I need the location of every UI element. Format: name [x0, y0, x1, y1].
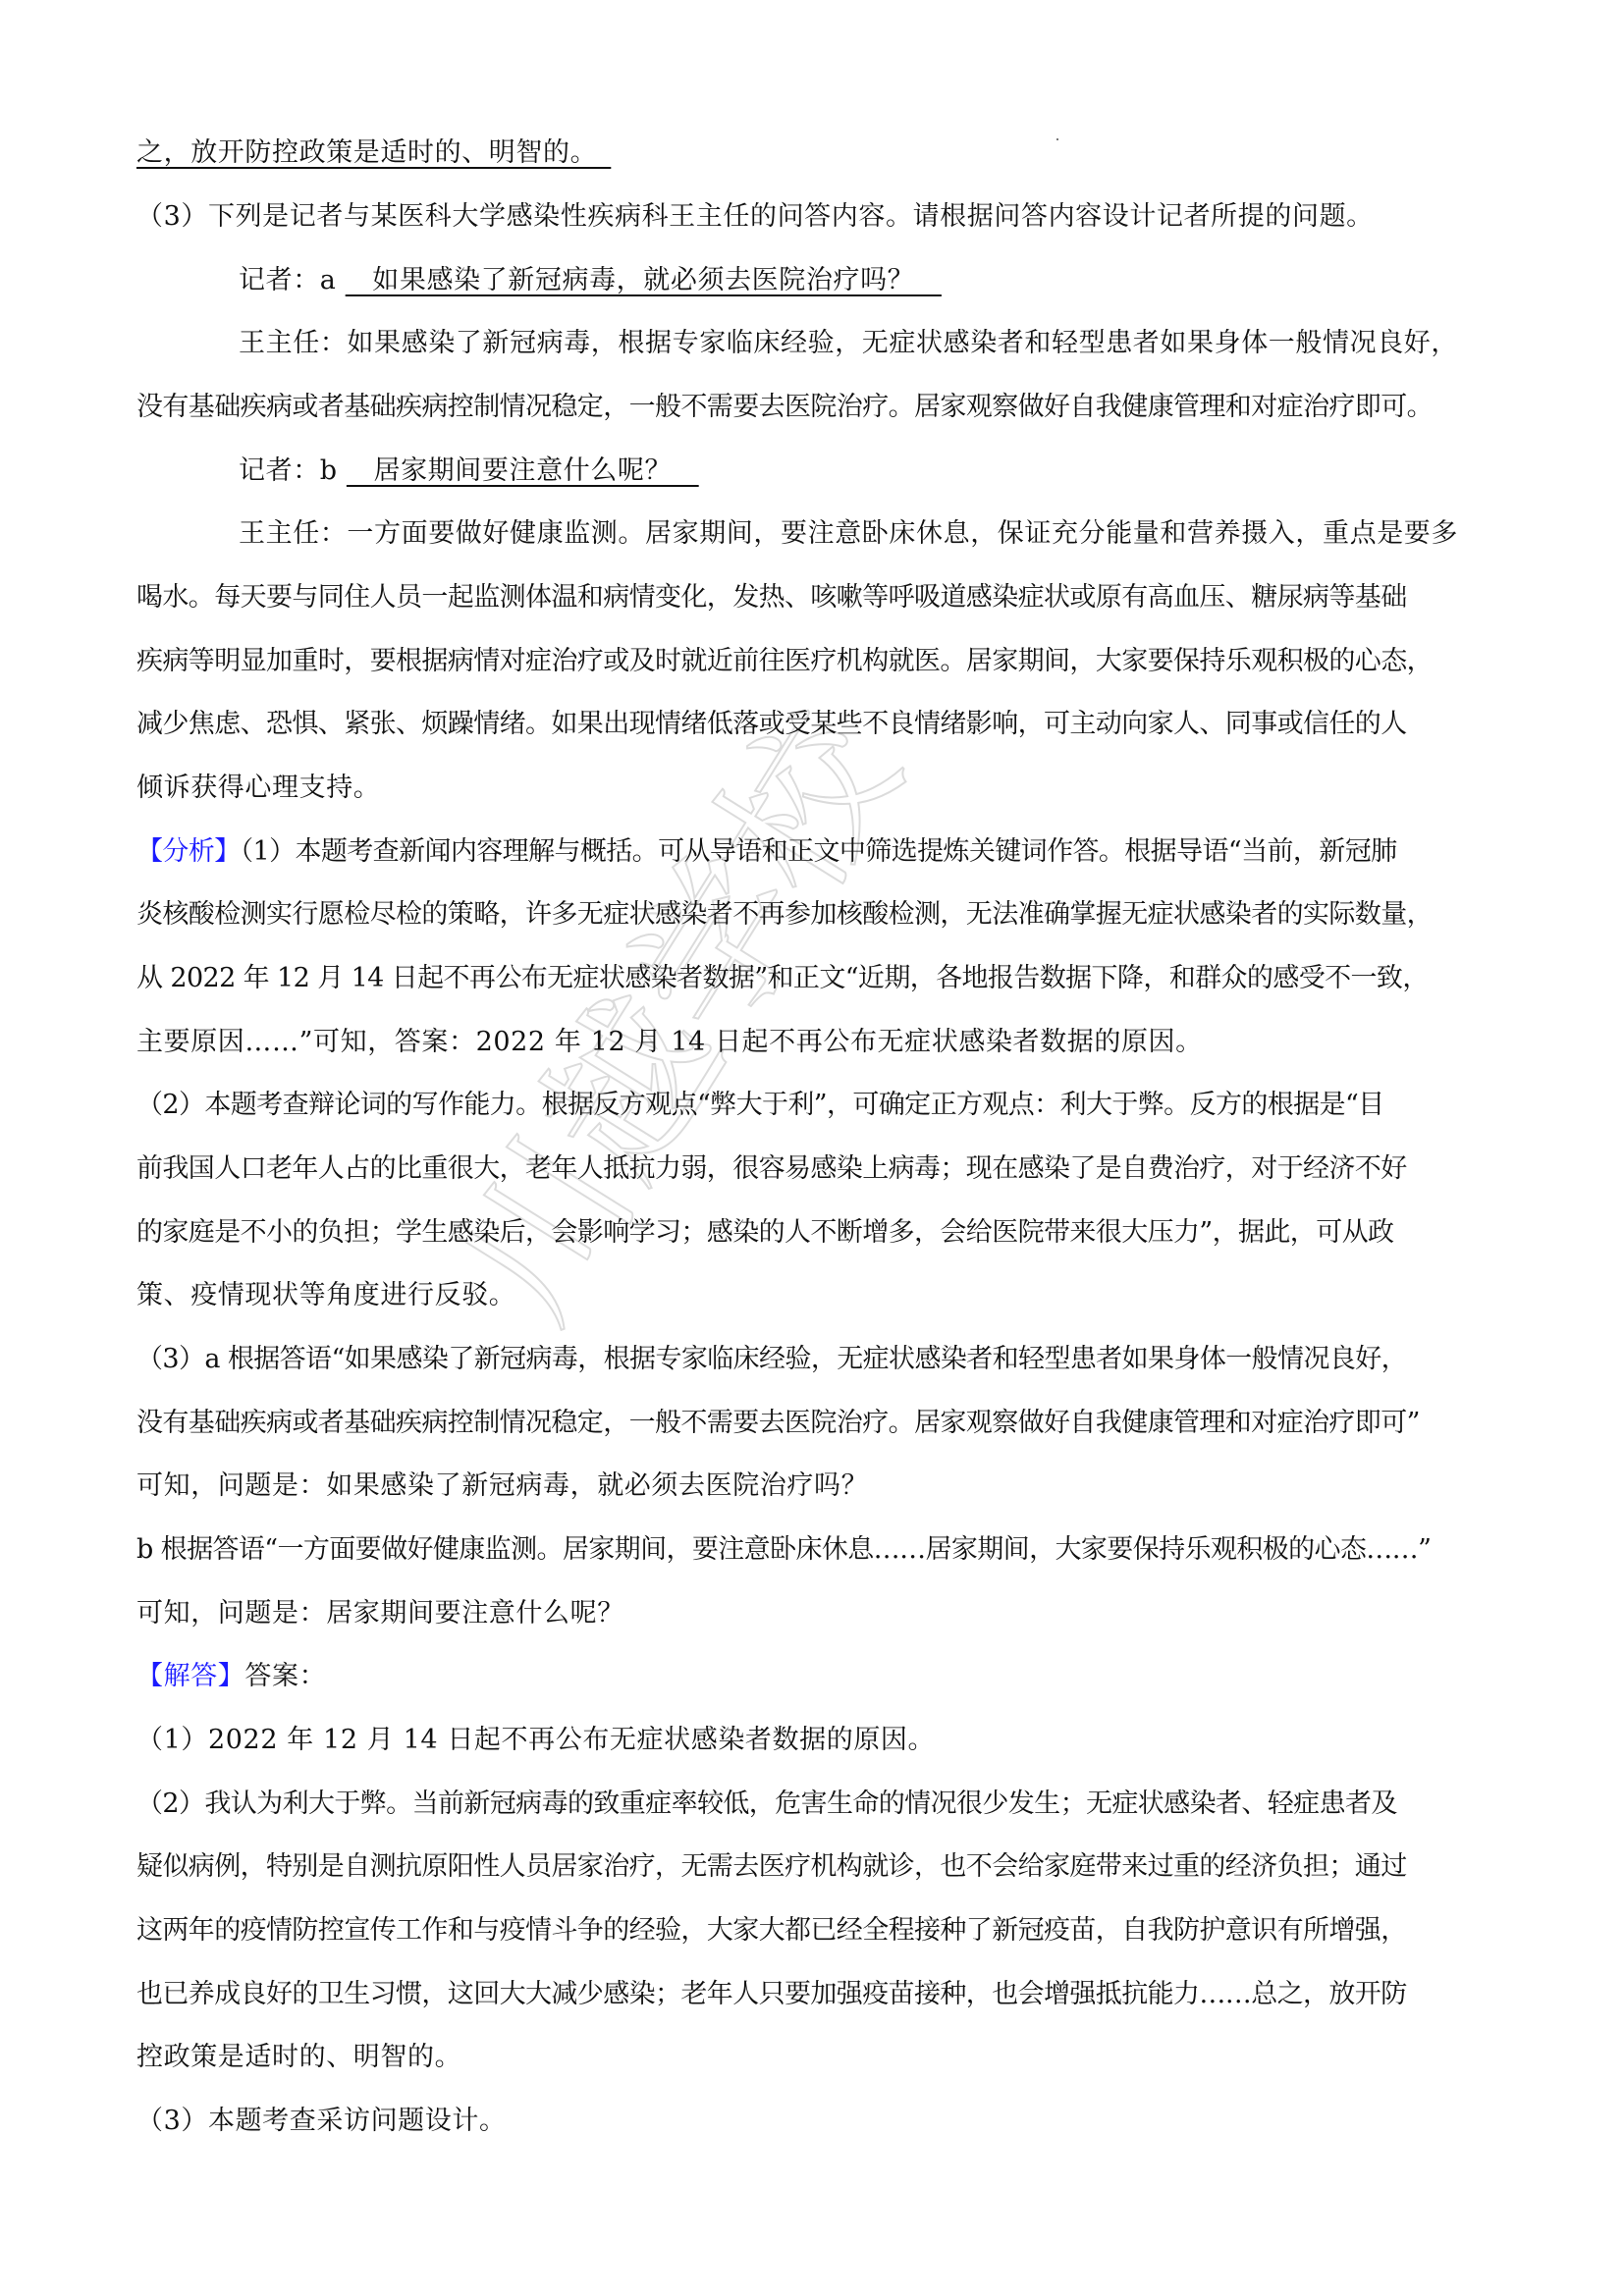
director-answer-b-line5: 倾诉获得心理支持。 — [136, 769, 1531, 808]
document-page: 川越学校 之，放开防控政策是适时的、明智的。 （3）下列是记者与某医科大学感染性… — [0, 0, 1624, 2296]
analysis-line-7: 的家庭是不小的负担；学生感染后，会影响学习；感染的人不断增多，会给医院带来很大压… — [136, 1213, 1531, 1253]
analysis-line-9: （3）a 根据答语“如果感染了新冠病毒，根据专家临床经验，无症状感染者和轻型患者… — [136, 1340, 1531, 1379]
analysis-text: （1）本题考查新闻内容理解与概括。可从导语和正文中筛选提炼关键词作答。根据导语“… — [241, 836, 1397, 867]
director-answer-b: 王主任：一方面要做好健康监测。居家期间，要注意卧床休息，保证充分能量和营养摄入，… — [239, 514, 1624, 554]
reporter-question-a: 记者：a 如果感染了新冠病毒，就必须去医院治疗吗？ — [239, 261, 1624, 300]
analysis-line-6: 前我国人口老年人占的比重很大，老年人抵抗力弱，很容易感染上病毒；现在感染了是自费… — [136, 1149, 1531, 1189]
answer-blank-b: 居家期间要注意什么呢？ — [347, 455, 699, 486]
answer-2-line5: 控政策是适时的、明智的。 — [136, 2038, 1531, 2077]
answer-heading-text: 答案： — [244, 1661, 326, 1691]
answer-2-line3: 这两年的疫情防控宣传工作和与疫情斗争的经验，大家大都已经全程接种了新冠疫苗，自我… — [136, 1911, 1531, 1950]
answer-2-line1: （2）我认为利大于弊。当前新冠病毒的致重症率较低，危害生命的情况很少发生；无症状… — [136, 1785, 1531, 1824]
reporter-question-b: 记者：b 居家期间要注意什么呢？ — [239, 452, 1624, 491]
director-answer-b-line4: 减少焦虑、恐惧、紧张、烦躁情绪。如果出现情绪低落或受某些不良情绪影响，可主动向家… — [136, 705, 1531, 744]
analysis-line-4: 主要原因……”可知，答案：2022 年 12 月 14 日起不再公布无症状感染者… — [136, 1023, 1531, 1062]
answer-blank-a: 如果感染了新冠病毒，就必须去医院治疗吗？ — [346, 265, 942, 295]
analysis-line-2: 炎核酸检测实行愿检尽检的策略，许多无症状感染者不再参加核酸检测，无法准确掌握无症… — [136, 895, 1531, 934]
answer-3: （3）本题考查采访问题设计。 — [136, 2102, 1531, 2141]
answer-2-line2: 疑似病例，特别是自测抗原阳性人员居家治疗，无需去医疗机构就诊，也不会给家庭带来过… — [136, 1847, 1531, 1887]
reporter-label-b: 记者：b — [239, 455, 347, 486]
answer-heading: 【解答】答案： — [136, 1657, 1531, 1696]
director-answer-a: 王主任：如果感染了新冠病毒，根据专家临床经验，无症状感染者和轻型患者如果身体一般… — [239, 324, 1624, 363]
analysis-line-11: 可知，问题是：如果感染了新冠病毒，就必须去医院治疗吗？ — [136, 1467, 1531, 1506]
analysis-line-10: 没有基础疾病或者基础疾病控制情况稳定，一般不需要去医院治疗。居家观察做好自我健康… — [136, 1404, 1531, 1443]
analysis-line-8: 策、疫情现状等角度进行反驳。 — [136, 1276, 1531, 1315]
analysis-label: 【分析】 — [136, 836, 241, 867]
director-answer-b-line3: 疾病等明显加重时，要根据病情对症治疗或及时就近前往医疗机构就医。居家期间，大家要… — [136, 642, 1531, 681]
analysis-line-13: 可知，问题是：居家期间要注意什么呢？ — [136, 1594, 1531, 1633]
answer-1: （1）2022 年 12 月 14 日起不再公布无症状感染者数据的原因。 — [136, 1721, 1531, 1760]
analysis-line-5: （2）本题考查辩论词的写作能力。根据反方观点“弊大于利”，可确定正方观点：利大于… — [136, 1086, 1531, 1125]
previous-answer-ending: 之，放开防控政策是适时的、明智的。 — [136, 133, 1531, 173]
reporter-label-a: 记者：a — [239, 265, 346, 295]
analysis-line-12: b 根据答语“一方面要做好健康监测。居家期间，要注意卧床休息……居家期间，大家要… — [136, 1530, 1531, 1570]
question-3-prompt: （3）下列是记者与某医科大学感染性疾病科王主任的问答内容。请根据问答内容设计记者… — [136, 197, 1531, 237]
analysis-line-3: 从 2022 年 12 月 14 日起不再公布无症状感染者数据”和正文“近期，各… — [136, 959, 1531, 998]
answer-2-line4: 也已养成良好的卫生习惯，这回大大减少感染；老年人只要加强疫苗接种，也会增强抵抗能… — [136, 1975, 1531, 2014]
director-answer-b-line2: 喝水。每天要与同住人员一起监测体温和病情变化，发热、咳嗽等呼吸道感染症状或原有高… — [136, 578, 1531, 617]
director-answer-a-cont: 没有基础疾病或者基础疾病控制情况稳定，一般不需要去医院治疗。居家观察做好自我健康… — [136, 388, 1531, 427]
answer-label: 【解答】 — [136, 1661, 244, 1691]
analysis-line-1: 【分析】（1）本题考查新闻内容理解与概括。可从导语和正文中筛选提炼关键词作答。根… — [136, 832, 1531, 872]
